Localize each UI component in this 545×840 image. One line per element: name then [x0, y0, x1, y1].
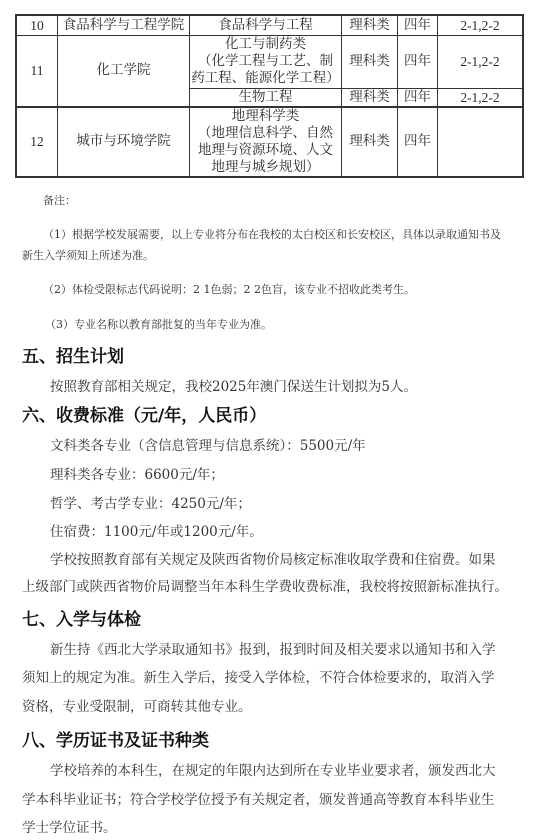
fee-accommodation: 住宿费：1100元/年或1200元/年。 [50, 520, 263, 540]
restriction-code: 2-1,2-2 [438, 15, 524, 35]
college-name: 食品科学与工程学院 [58, 15, 190, 35]
duration: 四年 [398, 107, 438, 177]
note-3: （3）专业名称以教育部批复的当年专业为准。 [45, 316, 272, 332]
restriction-code: 2-1,2-2 [438, 88, 524, 107]
note-1-line-1: （1）根据学校发展需要，以上专业将分布在我校的太白校区和长安校区，具体以录取通知… [43, 226, 501, 242]
note-1-line-2: 新生入学须知上所述为准。 [22, 247, 154, 263]
major-name: 化工与制药类 （化学工程与工艺、制 药工程、能源化学工程） [190, 35, 342, 88]
section-8-line-2: 学本科毕业证书；符合学校学位授予有关规定者，颁发普通高等教育本科毕业生 [22, 788, 495, 808]
category: 理科类 [342, 15, 398, 35]
major-name: 生物工程 [190, 88, 342, 107]
majors-table: 10 食品科学与工程学院 食品科学与工程 理科类 四年 2-1,2-2 11 化… [15, 14, 524, 178]
table-row: 11 化工学院 化工与制药类 （化学工程与工艺、制 药工程、能源化学工程） 理科… [16, 35, 523, 88]
row-number: 10 [16, 15, 58, 35]
major-name: 地理科学类 （地理信息科学、自然 地理与资源环境、人文 地理与城乡规划） [190, 107, 342, 177]
section-7-heading: 七、入学与体检 [22, 605, 141, 630]
section-6-para-line-1: 学校按照教育部有关规定及陕西省物价局核定标准收取学费和住宿费。如果 [50, 548, 496, 568]
section-6-para-line-2: 上级部门或陕西省物价局调整当年本科生学费收费标准，我校将按照新标准执行。 [22, 575, 508, 595]
section-8-line-3: 学士学位证书。 [22, 816, 117, 836]
category: 理科类 [342, 107, 398, 177]
duration: 四年 [398, 35, 438, 88]
section-5-text: 按照教育部相关规定，我校2025年澳门保送生计划拟为5人。 [50, 375, 417, 395]
row-number: 11 [16, 35, 58, 107]
section-6-heading: 六、收费标准（元/年，人民币） [22, 401, 266, 426]
restriction-code [438, 107, 524, 177]
section-7-line-2: 须知上的规定为准。新生入学后，接受入学体检，不符合体检要求的，取消入学 [22, 666, 495, 686]
notes-title: 备注： [43, 192, 76, 208]
fee-science: 理科类各专业：6600元/年； [50, 463, 224, 483]
section-5-heading: 五、招生计划 [22, 342, 124, 367]
fee-philosophy-archaeology: 哲学、考古学专业：4250元/年； [50, 492, 251, 512]
table-row: 12 城市与环境学院 地理科学类 （地理信息科学、自然 地理与资源环境、人文 地… [16, 107, 523, 177]
restriction-code: 2-1,2-2 [438, 35, 524, 88]
college-name: 化工学院 [58, 35, 190, 107]
category: 理科类 [342, 88, 398, 107]
major-name: 食品科学与工程 [190, 15, 342, 35]
section-8-heading: 八、学历证书及证书种类 [22, 726, 209, 751]
row-number: 12 [16, 107, 58, 177]
duration: 四年 [398, 88, 438, 107]
category: 理科类 [342, 35, 398, 88]
fee-liberal-arts: 文科类各专业（含信息管理与信息系统）：5500元/年 [50, 434, 366, 454]
table-row: 10 食品科学与工程学院 食品科学与工程 理科类 四年 2-1,2-2 [16, 15, 523, 35]
duration: 四年 [398, 15, 438, 35]
section-7-line-1: 新生持《西北大学录取通知书》报到，报到时间及相关要求以通知书和入学 [50, 638, 496, 658]
section-8-line-1: 学校培养的本科生，在规定的年限内达到所在专业毕业要求者，颁发西北大 [50, 759, 496, 779]
section-7-line-3: 资格，专业受限制，可商转其他专业。 [22, 695, 252, 715]
note-2: （2）体检受限标志代码说明：2 1色弱；2 2色盲，该专业不招收此类考生。 [43, 281, 415, 297]
college-name: 城市与环境学院 [58, 107, 190, 177]
